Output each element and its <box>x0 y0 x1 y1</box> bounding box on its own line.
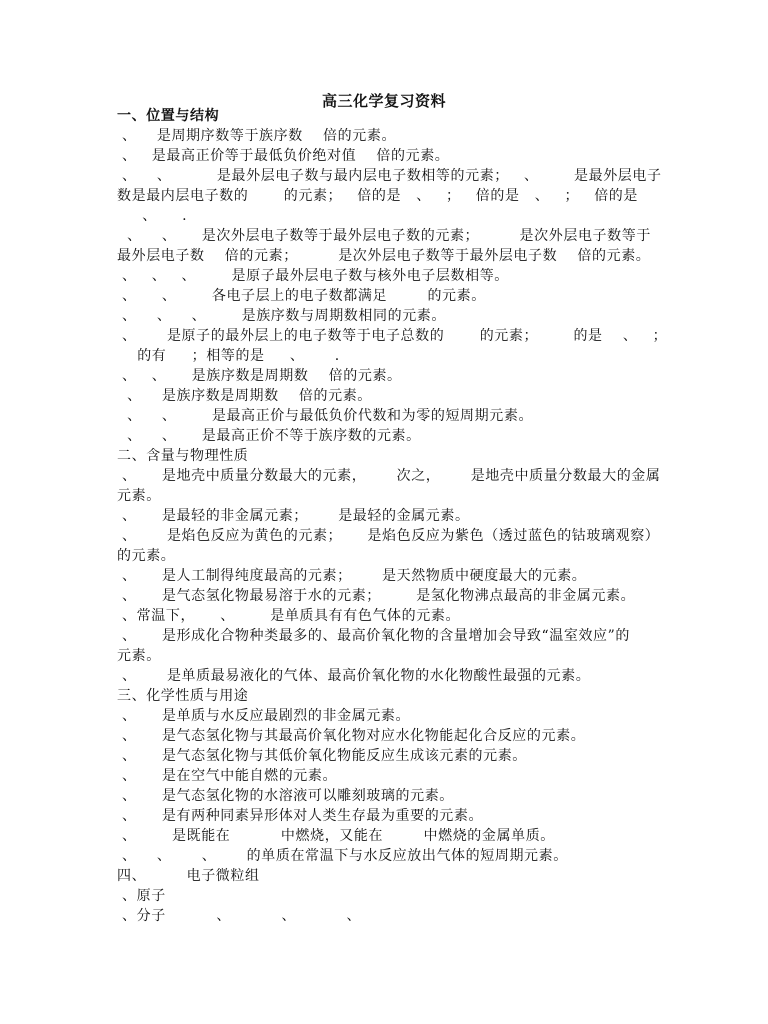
text-line: 、 、 是次外层电子数等于最外层电子数的元素； 是次外层电子数等于 <box>117 226 657 246</box>
text-line: 、 是气态氢化物的水溶液可以雕刻玻璃的元素。 <box>117 786 657 806</box>
text-line: 、分子 、 、 、 <box>117 906 657 926</box>
text-line: 、 是周期序数等于族序数 倍的元素。 <box>117 126 657 146</box>
text-line: 、 是最高正价等于最低负价绝对值 倍的元素。 <box>117 146 657 166</box>
text-line: 数是最内层电子数的 的元素； 倍的是 、 ； 倍的是 、 ； 倍的是 <box>117 186 657 206</box>
text-line: 、 . <box>117 206 657 226</box>
text-line: 、 是地壳中质量分数最大的元素， 次之， 是地壳中质量分数最大的金属 <box>117 466 657 486</box>
text-line: 、 是单质最易液化的气体、最高价氧化物的水化物酸性最强的元素。 <box>117 666 657 686</box>
document-page: 高三化学复习资料 一、位置与结构 、 是周期序数等于族序数 倍的元素。 、 是最… <box>0 0 768 1024</box>
text-line: 、 、 是族序数是周期数 倍的元素。 <box>117 366 657 386</box>
text-line: 的有 ；相等的是 、 . <box>117 346 657 366</box>
text-line: 、 、 、 的单质在常温下与水反应放出气体的短周期元素。 <box>117 846 657 866</box>
text-line: 、 是气态氢化物与其最高价氧化物对应水化物能起化合反应的元素。 <box>117 726 657 746</box>
text-line: 、 是形成化合物种类最多的、最高价氧化物的含量增加会导致“温室效应”的 <box>117 626 657 646</box>
text-line: 、 是有两种同素异形体对人类生存最为重要的元素。 <box>117 806 657 826</box>
text-line: 、 是原子的最外层上的电子数等于电子总数的 的元素； 的是 、 ； <box>117 326 657 346</box>
text-line: 、 、 各电子层上的电子数都满足 的元素。 <box>117 286 657 306</box>
text-line: 、 是既能在 中燃烧，又能在 中燃烧的金属单质。 <box>117 826 657 846</box>
text-line: 、常温下， 、 是单质具有有色气体的元素。 <box>117 606 657 626</box>
text-line: 、 是焰色反应为黄色的元素； 是焰色反应为紫色（透过蓝色的钴玻璃观察） <box>117 526 657 546</box>
section-heading: 三、化学性质与用途 <box>117 686 657 706</box>
text-line: 、 、 是最高正价与最低负价代数和为零的短周期元素。 <box>117 406 657 426</box>
text-line: 、 是族序数是周期数 倍的元素。 <box>117 386 657 406</box>
text-line: 、原子 <box>117 886 657 906</box>
text-line: 、 、 是最高正价不等于族序数的元素。 <box>117 426 657 446</box>
text-line: 、 是最轻的非金属元素； 是最轻的金属元素。 <box>117 506 657 526</box>
text-line: 、 、 、 是原子最外层电子数与核外电子层数相等。 <box>117 266 657 286</box>
text-line: 、 是在空气中能自燃的元素。 <box>117 766 657 786</box>
text-line: 元素。 <box>117 646 657 666</box>
text-line: 、 是人工制得纯度最高的元素； 是天然物质中硬度最大的元素。 <box>117 566 657 586</box>
text-line: 、 是单质与水反应最剧烈的非金属元素。 <box>117 706 657 726</box>
section-heading: 四、 电子微粒组 <box>117 866 657 886</box>
text-line: 、 是气态氢化物最易溶于水的元素； 是氢化物沸点最高的非金属元素。 <box>117 586 657 606</box>
section-heading: 二、含量与物理性质 <box>117 446 657 466</box>
section-heading: 一、位置与结构 <box>117 106 657 126</box>
text-line: 的元素。 <box>117 546 657 566</box>
text-line: 元素。 <box>117 486 657 506</box>
text-line: 、 、 是最外层电子数与最内层电子数相等的元素； 、 是最外层电子 <box>117 166 657 186</box>
text-line: 、 是气态氢化物与其低价氧化物能反应生成该元素的元素。 <box>117 746 657 766</box>
text-line: 、 、 、 是族序数与周期数相同的元素。 <box>117 306 657 326</box>
text-line: 最外层电子数 倍的元素； 是次外层电子数等于最外层电子数 倍的元素。 <box>117 246 657 266</box>
